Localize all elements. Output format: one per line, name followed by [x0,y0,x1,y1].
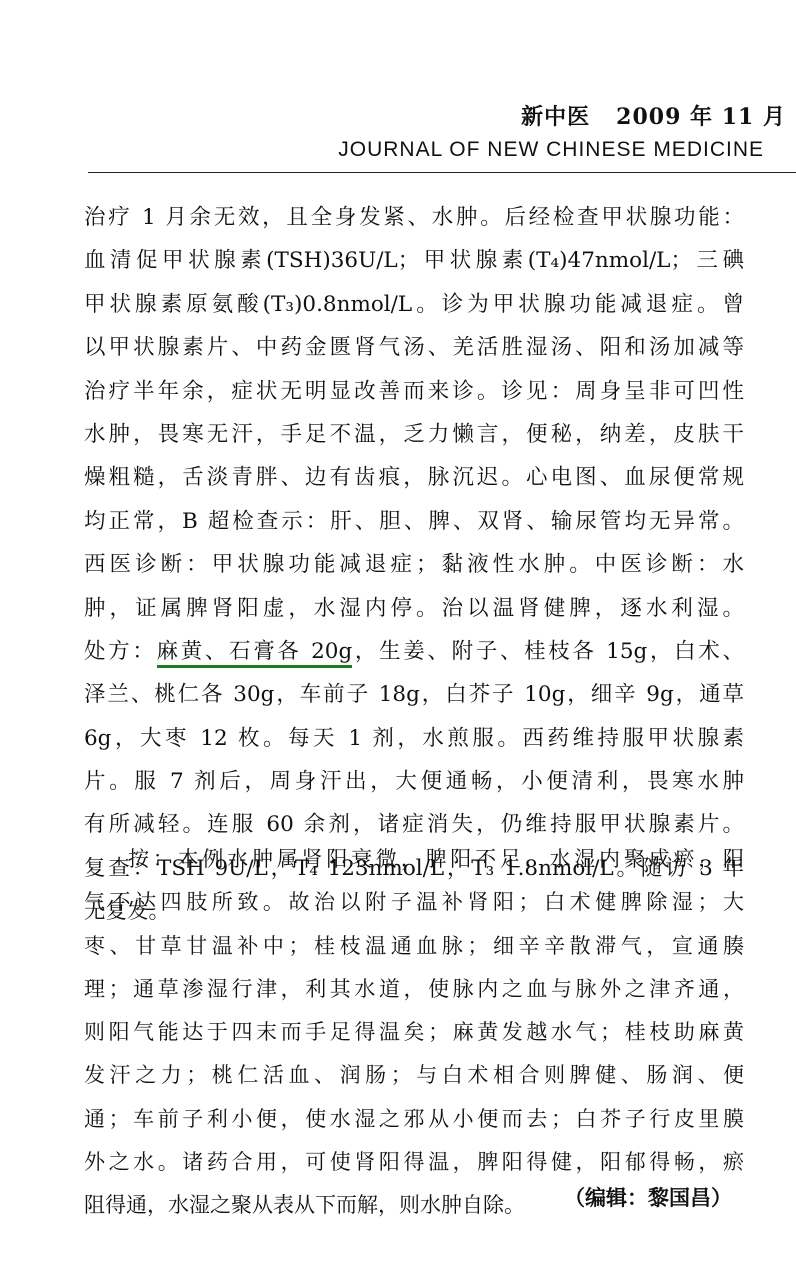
text-line: 血清促甲状腺素(TSH)36U/L；甲状腺素(T₄)47nmol/L；三碘 [84,239,744,282]
commentary-line: 则阳气能达于四末而手足得温矣；麻黄发越水气；桂枝助麻黄 [84,1011,744,1054]
prescription-line: 处方：麻黄、石膏各 20g，生姜、附子、桂枝各 15g，白术、 [84,630,744,673]
text-line: 西医诊断：甲状腺功能减退症；黏液性水肿。中医诊断：水 [84,543,744,586]
header-rule [88,172,796,173]
editor-credit: （编辑：黎国昌） [564,1182,732,1212]
text-line: 片。服 7 剂后，周身汗出，大便通畅，小便清利，畏寒水肿 [84,760,744,803]
text-line: 6g，大枣 12 枚。每天 1 剂，水煎服。西药维持服甲状腺素 [84,717,744,760]
commentary-line: 气不达四肢所致。故治以附子温补肾阳；白术健脾除湿；大 [84,881,744,924]
commentary-paragraph: 按：本例水肿属肾阳衰微，脾阳不足，水湿内聚成瘀，阳 气不达四肢所致。故治以附子温… [84,838,744,1228]
highlighted-prescription[interactable]: 麻黄、石膏各 20g [157,639,353,668]
journal-cn-date: 新中医2009 年 11 月 [521,100,786,131]
commentary-line: 外之水。诸药合用，可使肾阳得温，脾阳得健，阳郁得畅，瘀 [84,1141,744,1184]
text-line: 肿，证属脾肾阳虚，水湿内停。治以温肾健脾，逐水利湿。 [84,587,744,630]
journal-name-en: JOURNAL OF NEW CHINESE MEDICINE [338,138,764,162]
case-report-text: 治疗 1 月余无效，且全身发紧、水肿。后经检查甲状腺功能： 血清促甲状腺素(TS… [84,196,744,934]
text-line: 治疗半年余，症状无明显改善而来诊。诊见：周身呈非可凹性 [84,370,744,413]
issue-date: 2009 年 11 月 [616,104,786,130]
text-line: 以甲状腺素片、中药金匮肾气汤、羌活胜湿汤、阳和汤加减等 [84,326,744,369]
text-line: 均正常，B 超检查示：肝、胆、脾、双肾、输尿管均无异常。 [84,500,744,543]
commentary-line: 发汗之力；桃仁活血、润肠；与白术相合则脾健、肠润、便 [84,1054,744,1097]
commentary-line: 枣、甘草甘温补中；桂枝温通血脉；细辛辛散滞气，宣通腠 [84,925,744,968]
text-line: 泽兰、桃仁各 30g，车前子 18g，白芥子 10g，细辛 9g，通草 [84,673,744,716]
commentary-line: 按：本例水肿属肾阳衰微，脾阳不足，水湿内聚成瘀，阳 [84,838,744,881]
commentary-line: 通；车前子利小便，使水湿之邪从小便而去；白芥子行皮里膜 [84,1098,744,1141]
text-line: 甲状腺素原氨酸(T₃)0.8nmol/L。诊为甲状腺功能减退症。曾 [84,283,744,326]
prescription-rest: ，生姜、附子、桂枝各 15g，白术、 [352,639,744,664]
commentary-line: 理；通草渗湿行津，利其水道，使脉内之血与脉外之津齐通， [84,968,744,1011]
journal-name-cn: 新中医 [521,104,590,130]
prescription-label: 处方： [84,639,157,664]
text-line: 治疗 1 月余无效，且全身发紧、水肿。后经检查甲状腺功能： [84,196,744,239]
text-line: 水肿，畏寒无汗，手足不温，乏力懒言，便秘，纳差，皮肤干 [84,413,744,456]
text-line: 燥粗糙，舌淡青胖、边有齿痕，脉沉迟。心电图、血尿便常规 [84,456,744,499]
